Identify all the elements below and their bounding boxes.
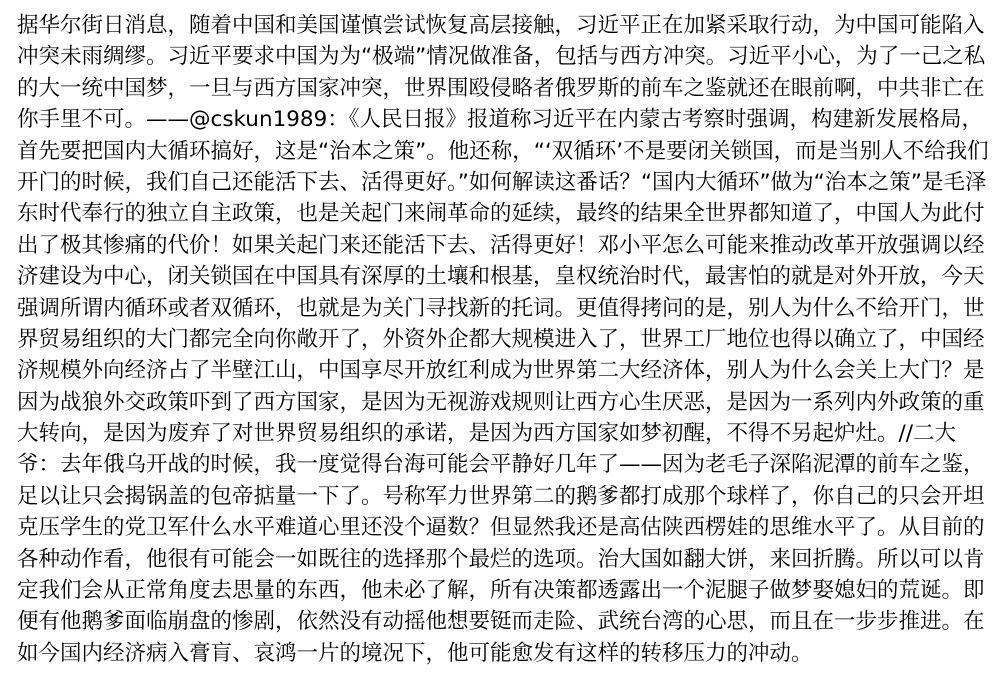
text-line: 各种动作看，他很有可能会一如既往的选择那个最烂的选项。治大国如翻大饼，来回折腾。… (17, 544, 985, 575)
text-document: 据华尔街日消息，随着中国和美国谨慎尝试恢复高层接触，习近平正在加紧采取行动，为中… (0, 0, 1000, 669)
text-line: 便有他鹅爹面临崩盘的惨剧，依然没有动摇他想要铤而走险、武统台湾的心思，而且在一步… (17, 606, 985, 637)
text-line: 开门的时候，我们自己还能活下去、活得更好。”如何解读这番话？“国内大循环”做为“… (17, 167, 985, 198)
text-line: 首先要把国内大循环搞好，这是“治本之策”。他还称，“‘双循环’不是要闭关锁国，而… (17, 136, 985, 167)
text-line: 强调所谓内循环或者双循环，也就是为关门寻找新的托词。更值得拷问的是，别人为什么不… (17, 293, 985, 324)
text-line: 济规模外向经济占了半壁江山，中国享尽开放红利成为世界第二大经济体，别人为什么会关… (17, 355, 985, 386)
text-line: 东时代奉行的独立自主政策，也是关起门来闹革命的延续，最终的结果全世界都知道了，中… (17, 198, 985, 229)
text-line: 济建设为中心，闭关锁国在中国具有深厚的土壤和根基，皇权统治时代，最害怕的就是对外… (17, 261, 985, 292)
text-line: 爷：去年俄乌开战的时候，我一度觉得台海可能会平静好几年了——因为老毛子深陷泥潭的… (17, 449, 985, 480)
page: { "page": { "background_color": "#ffffff… (0, 0, 1000, 691)
text-line: 定我们会从正常角度去思量的东西，他未必了解，所有决策都透露出一个泥腿子做梦娶媳妇… (17, 575, 985, 606)
text-line: 的大一统中国梦，一旦与西方国家冲突，世界围殴侵略者俄罗斯的前车之鉴就还在眼前啊，… (17, 73, 985, 104)
text-line: 界贸易组织的大门都完全向你敞开了，外资外企都大规模进入了，世界工厂地位也得以确立… (17, 324, 985, 355)
text-line: 大转向，是因为废弃了对世界贸易组织的承诺，是因为西方国家如梦初醒，不得不另起炉灶… (17, 418, 985, 449)
text-line: 如今国内经济病入膏肓、哀鸿一片的境况下，他可能愈发有这样的转移压力的冲动。 (17, 638, 985, 669)
text-line: 出了极其惨痛的代价！如果关起门来还能活下去、活得更好！邓小平怎么可能来推动改革开… (17, 230, 985, 261)
text-line: 你手里不可。——@cskun1989：《人民日报》报道称习近平在内蒙古考察时强调… (17, 104, 985, 135)
text-line: 克压学生的党卫军什么水平难道心里还没个逼数？但显然我还是高估陕西楞娃的思维水平了… (17, 512, 985, 543)
text-line: 足以让只会揭锅盖的包帝掂量一下了。号称军力世界第二的鹅爹都打成那个球样了，你自己… (17, 481, 985, 512)
text-line: 冲突未雨绸缪。习近平要求中国为为“极端”情况做准备，包括与西方冲突。习近平小心，… (17, 41, 985, 72)
text-line: 据华尔街日消息，随着中国和美国谨慎尝试恢复高层接触，习近平正在加紧采取行动，为中… (17, 10, 985, 41)
text-line: 因为战狼外交政策吓到了西方国家，是因为无视游戏规则让西方心生厌恶，是因为一系列内… (17, 387, 985, 418)
